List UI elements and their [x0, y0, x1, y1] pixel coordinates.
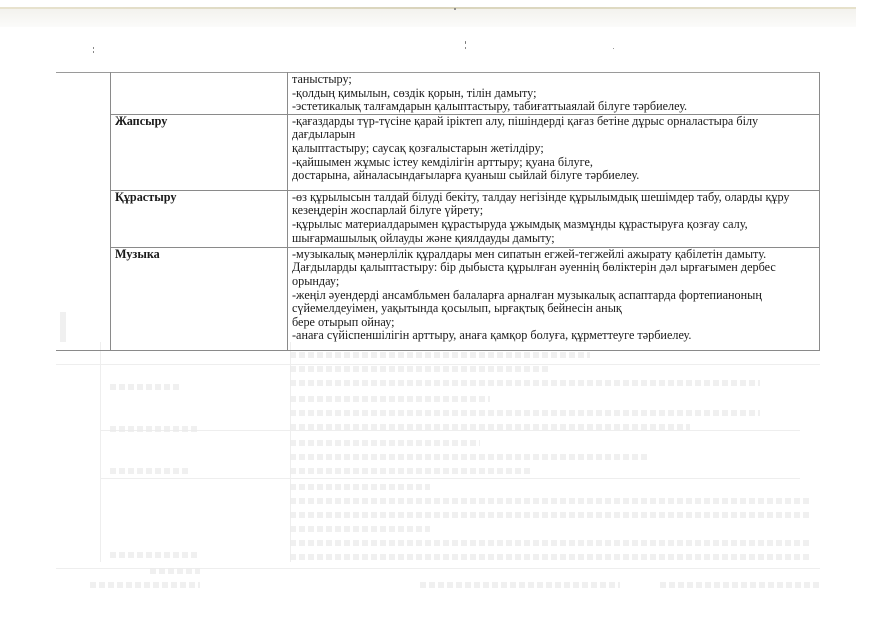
scan-speck [465, 47, 466, 49]
content-line: шығармашылық ойлауды және қиялдауды дамы… [292, 232, 815, 246]
subject-content: таныстыру; -қолдың қимылын, сөздік қорын… [288, 73, 820, 115]
content-line: -қайшымен жұмыс істеу кемділігін арттыру… [292, 156, 815, 170]
scan-top-shade [0, 9, 856, 27]
content-line: бере отырып ойнау; [292, 316, 815, 330]
content-line: -өз құрылысын талдай білуді бекіту, талд… [292, 191, 815, 205]
subject-label: Жапсыру [111, 114, 288, 190]
content-line: сүйемелдеуімен, уақытында қосылып, ырғақ… [292, 302, 815, 316]
margin-cell [56, 190, 111, 247]
content-line: -анаға сүйіспеншілігін арттыру, анаға қа… [292, 329, 815, 343]
subject-content: -қағаздарды түр-түсіне қарай іріктеп алу… [288, 114, 820, 190]
table-row: Жапсыру -қағаздарды түр-түсіне қарай ірі… [56, 114, 820, 190]
content-line: -қолдың қимылын, сөздік қорын, тілін дам… [292, 87, 815, 101]
margin-cell [56, 114, 111, 190]
content-line: қалыптастыру; саусақ қозғалыстарын жетіл… [292, 142, 815, 156]
subject-content: -өз құрылысын талдай білуді бекіту, талд… [288, 190, 820, 247]
content-line: таныстыру; [292, 73, 815, 87]
curriculum-table: таныстыру; -қолдың қимылын, сөздік қорын… [56, 72, 820, 351]
content-line: -эстетикалық талғамдарын қалыптастыру, т… [292, 100, 815, 114]
content-line: кезеңдерін жоспарлай білуге үйрету; [292, 204, 815, 218]
table-row: таныстыру; -қолдың қимылын, сөздік қорын… [56, 73, 820, 115]
scan-speck [613, 48, 614, 49]
scan-speck [454, 8, 456, 10]
margin-cell [56, 247, 111, 350]
margin-cell [56, 73, 111, 115]
content-line: достарына, айналасындағыларға қуаныш сый… [292, 169, 815, 183]
scan-speck [93, 51, 94, 53]
subject-label: Музыка [111, 247, 288, 350]
table-row: Құрастыру -өз құрылысын талдай білуді бе… [56, 190, 820, 247]
scan-speck [465, 41, 466, 44]
table-row: Музыка -музыкалық мәнерлілік құралдары м… [56, 247, 820, 350]
content-line: -қағаздарды түр-түсіне қарай іріктеп алу… [292, 115, 815, 129]
content-line: -жеңіл әуендерді ансамбльмен балаларға а… [292, 289, 815, 303]
subject-content: -музыкалық мәнерлілік құралдары мен сипа… [288, 247, 820, 350]
scan-speck [93, 47, 94, 49]
content-line: дағдыларын [292, 128, 815, 142]
content-line: Дағдыларды қалыптастыру: бір дыбыста құр… [292, 261, 815, 275]
content-line: орындау; [292, 275, 815, 289]
content-line: -музыкалық мәнерлілік құралдары мен сипа… [292, 248, 815, 262]
subject-label: Құрастыру [111, 190, 288, 247]
content-line: -құрылыс материалдарымен құрастыруда ұжы… [292, 218, 815, 232]
subject-label [111, 73, 288, 115]
